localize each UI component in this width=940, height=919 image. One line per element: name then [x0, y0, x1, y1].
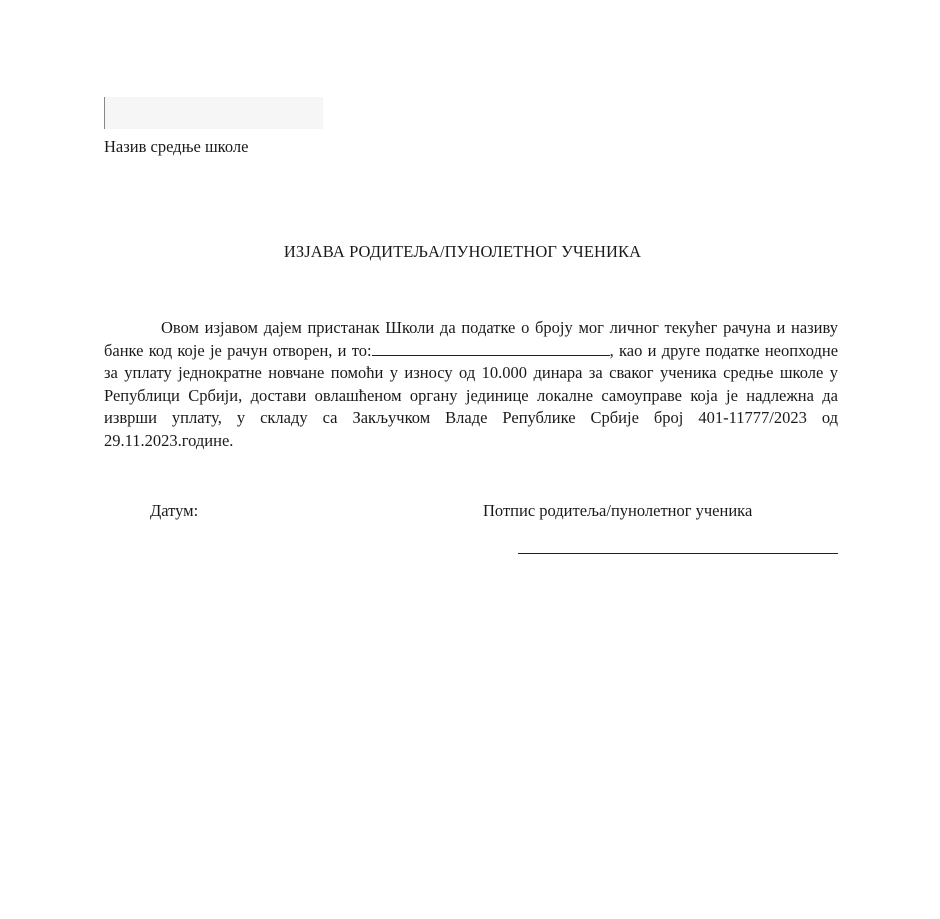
date-label: Датум: [150, 501, 198, 521]
bank-account-blank-field[interactable] [372, 341, 610, 356]
statement-paragraph: Овом изјавом дајем пристанак Школи да по… [104, 317, 838, 452]
school-name-label: Назив средње школе [104, 137, 248, 157]
signature-line-field[interactable] [518, 553, 838, 554]
school-name-redacted [104, 97, 323, 129]
signature-label: Потпис родитеља/пунолетног ученика [483, 501, 752, 521]
document-title: ИЗЈАВА РОДИТЕЉА/ПУНОЛЕТНОГ УЧЕНИКА [0, 242, 925, 262]
